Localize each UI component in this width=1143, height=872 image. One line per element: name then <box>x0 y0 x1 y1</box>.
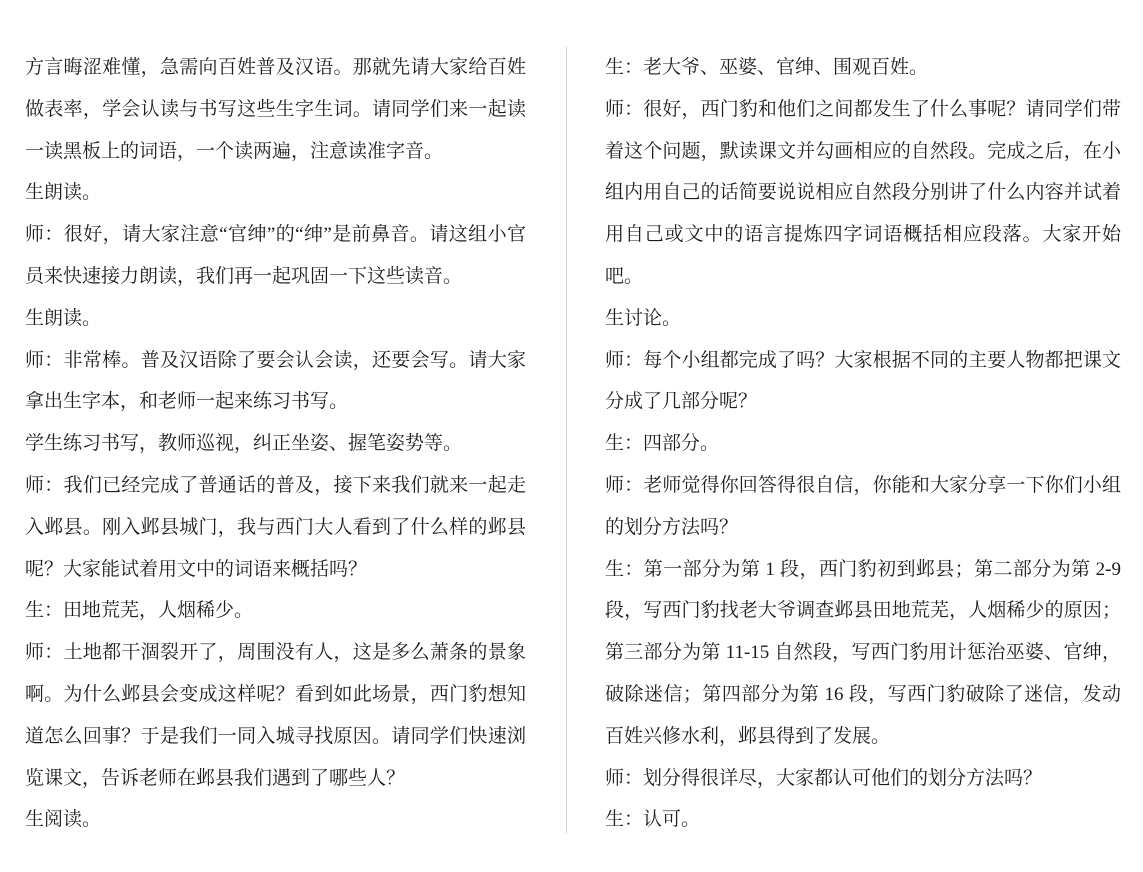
paragraph: 生：老大爷、巫婆、官绅、围观百姓。 <box>605 47 1121 89</box>
paragraph: 师：土地都干涸裂开了，周围没有人，这是多么萧条的景象啊。为什么邺县会变成这样呢？… <box>25 632 526 799</box>
paragraph: 师：非常棒。普及汉语除了要会认会读，还要会写。请大家拿出生字本，和老师一起来练习… <box>25 340 526 424</box>
text-column-left: 方言晦涩难懂，急需向百姓普及汉语。那就先请大家给百姓做表率，学会认读与书写这些生… <box>25 47 526 841</box>
paragraph: 生朗读。 <box>25 172 526 214</box>
paragraph: 师：每个小组都完成了吗？大家根据不同的主要人物都把课文分成了几部分呢？ <box>605 340 1121 424</box>
paragraph: 师：划分得很详尽，大家都认可他们的划分方法吗？ <box>605 758 1121 800</box>
paragraph: 师：很好，西门豹和他们之间都发生了什么事呢？请同学们带着这个问题，默读课文并勾画… <box>605 89 1121 298</box>
text-column-right: 生：老大爷、巫婆、官绅、围观百姓。师：很好，西门豹和他们之间都发生了什么事呢？请… <box>605 47 1121 841</box>
paragraph: 生：第一部分为第 1 段，西门豹初到邺县；第二部分为第 2-9 段，写西门豹找老… <box>605 549 1121 758</box>
column-divider <box>566 47 567 833</box>
paragraph: 学生练习书写，教师巡视，纠正坐姿、握笔姿势等。 <box>25 423 526 465</box>
paragraph: 生朗读。 <box>25 298 526 340</box>
paragraph: 师：老师觉得你回答得很自信，你能和大家分享一下你们小组的划分方法吗？ <box>605 465 1121 549</box>
paragraph: 生讨论。 <box>605 298 1121 340</box>
document-page: 方言晦涩难懂，急需向百姓普及汉语。那就先请大家给百姓做表率，学会认读与书写这些生… <box>0 0 1143 872</box>
paragraph: 师：很好，请大家注意“官绅”的“绅”是前鼻音。请这组小官员来快速接力朗读，我们再… <box>25 214 526 298</box>
paragraph: 生：四部分。 <box>605 423 1121 465</box>
paragraph: 方言晦涩难懂，急需向百姓普及汉语。那就先请大家给百姓做表率，学会认读与书写这些生… <box>25 47 526 172</box>
paragraph: 生：认可。 <box>605 799 1121 841</box>
paragraph: 生阅读。 <box>25 799 526 841</box>
paragraph: 生：田地荒芜，人烟稀少。 <box>25 590 526 632</box>
paragraph: 师：我们已经完成了普通话的普及，接下来我们就来一起走入邺县。刚入邺县城门，我与西… <box>25 465 526 590</box>
